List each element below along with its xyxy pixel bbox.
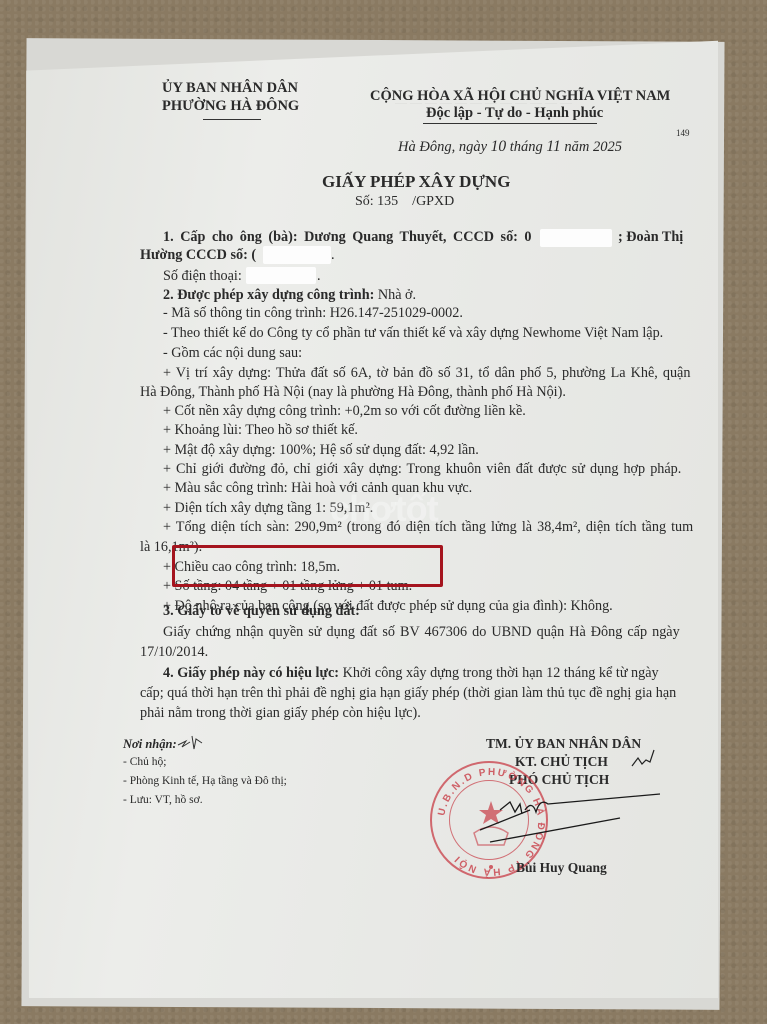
section-1-line1-tail: ; Đoàn Thị [618, 229, 683, 246]
section-1-line1: 1. Cấp cho ông (bà): Dương Quang Thuyết,… [163, 229, 532, 246]
watermark: chợtốt [330, 488, 438, 530]
recipients-label: Nơi nhận: [123, 737, 177, 752]
section-2-item: + Khoảng lùi: Theo hồ sơ thiết kế. [163, 422, 358, 439]
section-1-line2: Hường CCCD số: ( [140, 247, 256, 264]
agency-name-line2: PHƯỜNG HÀ ĐÔNG [162, 98, 299, 115]
section-2-item: + Cốt nền xây dựng công trình: +0,2m so … [163, 403, 526, 420]
signer-name: Bùi Huy Quang [516, 860, 607, 876]
redacted-phone [246, 267, 316, 284]
signature-line1: TM. ỦY BAN NHÂN DÂN [486, 736, 641, 752]
section-2-item: - Theo thiết kế do Công ty cổ phần tư vấ… [163, 325, 663, 342]
page-number: 149 [676, 128, 690, 138]
section-3-line1: Giấy chứng nhận quyền sử dụng đất số BV … [163, 624, 680, 641]
initials-mark [176, 733, 206, 753]
section-2-item: + Vị trí xây dựng: Thửa đất số 6A, tờ bả… [163, 365, 690, 382]
recipient-item: - Lưu: VT, hồ sơ. [123, 794, 203, 806]
national-title: CỘNG HÒA XÃ HỘI CHỦ NGHĨA VIỆT NAM [370, 88, 670, 105]
section-2-item: + Chỉ giới đường đỏ, chỉ giới xây dựng: … [163, 461, 681, 478]
document-title: GIẤY PHÉP XÂY DỰNG [322, 172, 510, 192]
highlight-box [172, 545, 443, 587]
recipient-item: - Chủ hộ; [123, 756, 166, 768]
redacted-id-1 [540, 229, 612, 247]
section-3-line2: 17/10/2014. [140, 644, 208, 661]
initials-mark [628, 748, 658, 770]
section-1-line2-end: . [331, 247, 335, 264]
phone-end: . [317, 268, 321, 285]
issue-date: Hà Đông, ngày 10 tháng 11 năm 2025 [398, 138, 622, 156]
document-number: Số: 135 /GPXD [355, 194, 454, 210]
section-4-line2: cấp; quá thời hạn trên thì phải đề nghị … [140, 685, 676, 702]
agency-underline [203, 119, 261, 120]
agency-name-line1: ỦY BAN NHÂN DÂN [162, 80, 298, 97]
signature-scribble [470, 790, 670, 850]
motto-underline [423, 123, 597, 124]
section-2-item: - Mã số thông tin công trình: H26.147-25… [163, 305, 463, 322]
section-3-heading: 3. Giấy tờ về quyền sử dụng đất: [163, 603, 360, 620]
national-motto: Độc lập - Tự do - Hạnh phúc [426, 105, 603, 122]
recipient-item: - Phòng Kinh tế, Hạ tầng và Đô thị; [123, 775, 287, 787]
section-2-heading: 2. Được phép xây dựng công trình: Nhà ở. [163, 287, 416, 304]
phone-label: Số điện thoại: [163, 268, 242, 285]
section-2-item: - Gồm các nội dung sau: [163, 345, 302, 362]
section-4-line1: 4. Giấy phép này có hiệu lực: Khởi công … [163, 665, 659, 682]
redacted-id-2 [263, 246, 331, 264]
section-2-item: Hà Đông, Thành phố Hà Nội (nay là phường… [140, 384, 566, 401]
section-4-line3: phải nằm trong thời gian giấy phép còn h… [140, 705, 421, 722]
section-2-item: + Mật độ xây dựng: 100%; Hệ số sử dụng đ… [163, 442, 479, 459]
